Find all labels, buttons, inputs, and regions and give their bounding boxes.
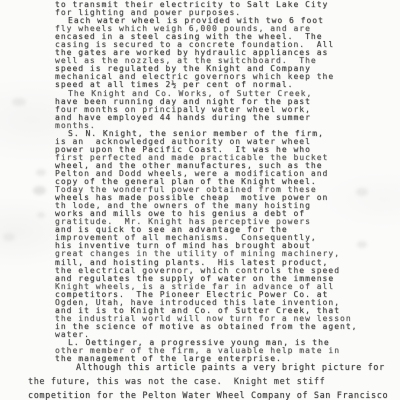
text-line: Although this article paints a very brig…: [28, 361, 396, 375]
text-line: The Knight and Co. Works, of Sutter Cree…: [55, 90, 367, 98]
text-line: competition for the Pelton Water Wheel C…: [28, 389, 396, 400]
text-line: mechanical and electric governors which …: [55, 73, 367, 81]
smudge-mark: [33, 186, 46, 195]
text-line: Knight wheels, is a stride far in advanc…: [55, 283, 367, 291]
text-line: the electrical governor, which controls …: [55, 267, 367, 275]
text-line: four months on principally water wheel w…: [55, 106, 367, 114]
text-line: water.: [55, 331, 367, 339]
text-line: gratitude. Mr. Knight has perceptive pow…: [55, 218, 367, 226]
text-line: in the science of motive as obtained fro…: [55, 323, 367, 331]
text-line: the industrial world will now turn for a…: [55, 315, 367, 323]
text-line: th lode, and the owners of the many hois…: [55, 202, 367, 210]
text-line: Pelton and Dodd wheels, were a modificat…: [55, 170, 367, 178]
text-line: for lighting and power purposes.: [55, 9, 367, 17]
text-line: other member of the firm, a valuable hel…: [55, 347, 367, 355]
text-line: well as the nozzles, at the switchboard.…: [55, 57, 367, 65]
closing-paragraph: Although this article paints a very brig…: [28, 361, 396, 400]
text-line: months.: [55, 122, 367, 130]
text-line: fly wheels which weigh 6,000 pounds, and…: [55, 25, 367, 33]
text-line: is an acknowledged authority on water wh…: [55, 138, 367, 146]
text-line: improvement of all mechanisms. Consequen…: [55, 234, 367, 242]
smudge-mark: [37, 212, 45, 218]
text-line: and have employed 44 hands during the su…: [55, 114, 367, 122]
smudge-mark: [3, 233, 15, 241]
text-line: casing is secured to a concrete foundati…: [55, 41, 367, 49]
scanned-page: to transmit their electricity to Salt La…: [0, 0, 400, 400]
text-line: Ogden, Utah, have introduced this late i…: [55, 299, 367, 307]
text-line: Today the wonderful power obtained from …: [55, 186, 367, 194]
smudge-mark: [36, 169, 46, 176]
text-line: first perfected and made practicable the…: [55, 154, 367, 162]
smudge-mark: [12, 98, 26, 106]
typed-excerpt-block: to transmit their electricity to Salt La…: [55, 1, 367, 363]
text-line: the future, this was not the case. Knigh…: [28, 375, 396, 389]
text-line: great changes in the utility of mining m…: [55, 250, 367, 258]
